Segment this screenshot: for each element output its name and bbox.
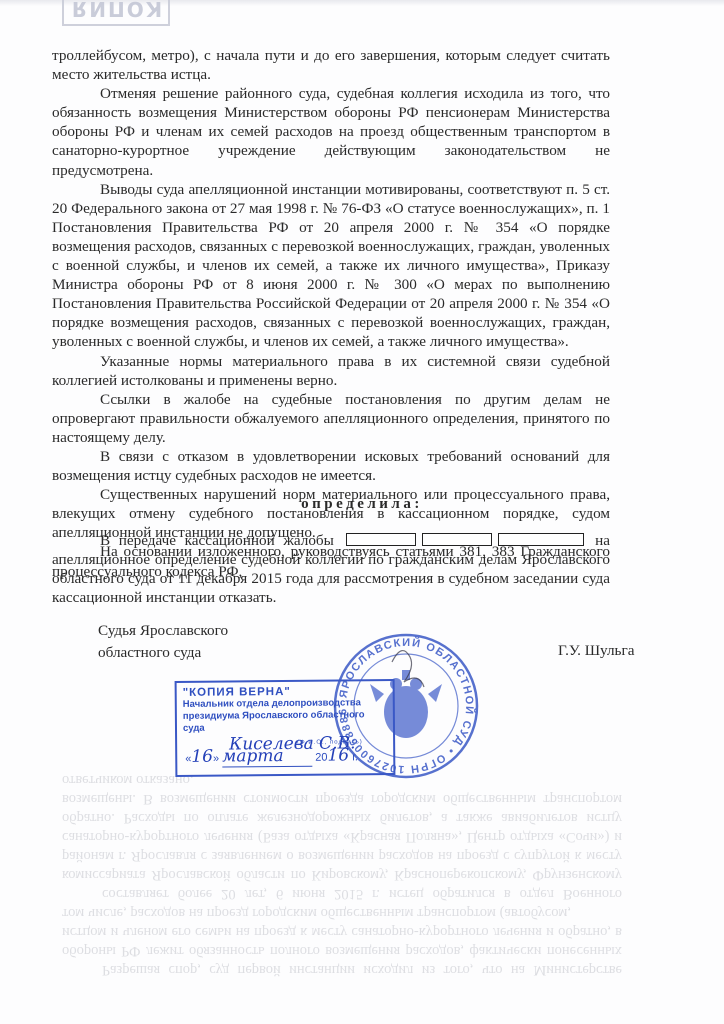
- redacted-name-1: [346, 533, 416, 546]
- stamp-date-year: 16: [327, 745, 349, 765]
- stamp-date-suffix: г.: [352, 751, 358, 763]
- ruling-paragraph: В передаче кассационной жалобы на апелля…: [52, 531, 610, 607]
- paragraph: В связи с отказом в удовлетворении исков…: [52, 447, 610, 485]
- stamp-date: «16» марта 2016 г.: [185, 745, 358, 768]
- ruling-prefix: В передаче кассационной жалобы: [100, 532, 334, 549]
- redacted-name-3: [498, 533, 584, 546]
- bleed-through-text: Разрешая спор, суд первой инстанции исхо…: [62, 770, 622, 979]
- stamp-date-month: марта: [222, 746, 312, 768]
- redacted-name-2: [422, 533, 492, 546]
- bleed-paragraph-2: Разрешая спор, суд первой инстанции исхо…: [62, 903, 622, 979]
- paragraph: Указанные нормы материального права в их…: [52, 352, 610, 390]
- bleed-paragraph-1: составляет более 20 лет, 6 июня 2015 г. …: [62, 770, 622, 903]
- decision-heading: определила:: [0, 496, 724, 513]
- stamp-year-prefix: 20: [315, 752, 327, 764]
- judge-title-line1: Судья Ярославского: [98, 620, 228, 642]
- paragraph: Ссылки в жалобе на судебные постановлени…: [52, 390, 610, 447]
- certified-copy-stamp: "КОПИЯ ВЕРНА" Начальник отдела делопроиз…: [175, 679, 396, 777]
- stamp-date-day: 16: [191, 747, 213, 767]
- judge-name: Г.У. Шульга: [558, 642, 634, 660]
- judge-title: Судья Ярославского областного суда: [98, 620, 228, 664]
- document-page: КОПИЯ Разрешая спор, суд первой инстанци…: [0, 0, 724, 1024]
- stamp-line-2: президиума Ярославского областного суда: [183, 709, 387, 735]
- paragraph: Выводы суда апелляционной инстанции моти…: [52, 180, 610, 352]
- ruling-text: В передаче кассационной жалобы на апелля…: [52, 531, 610, 607]
- paragraph: Отменяя решение районного суда, судебная…: [52, 84, 610, 179]
- copy-stamp-mirrored: КОПИЯ: [62, 0, 170, 26]
- paragraph: троллейбусом, метро), с начала пути и до…: [52, 46, 610, 84]
- judge-title-line2: областного суда: [98, 642, 228, 664]
